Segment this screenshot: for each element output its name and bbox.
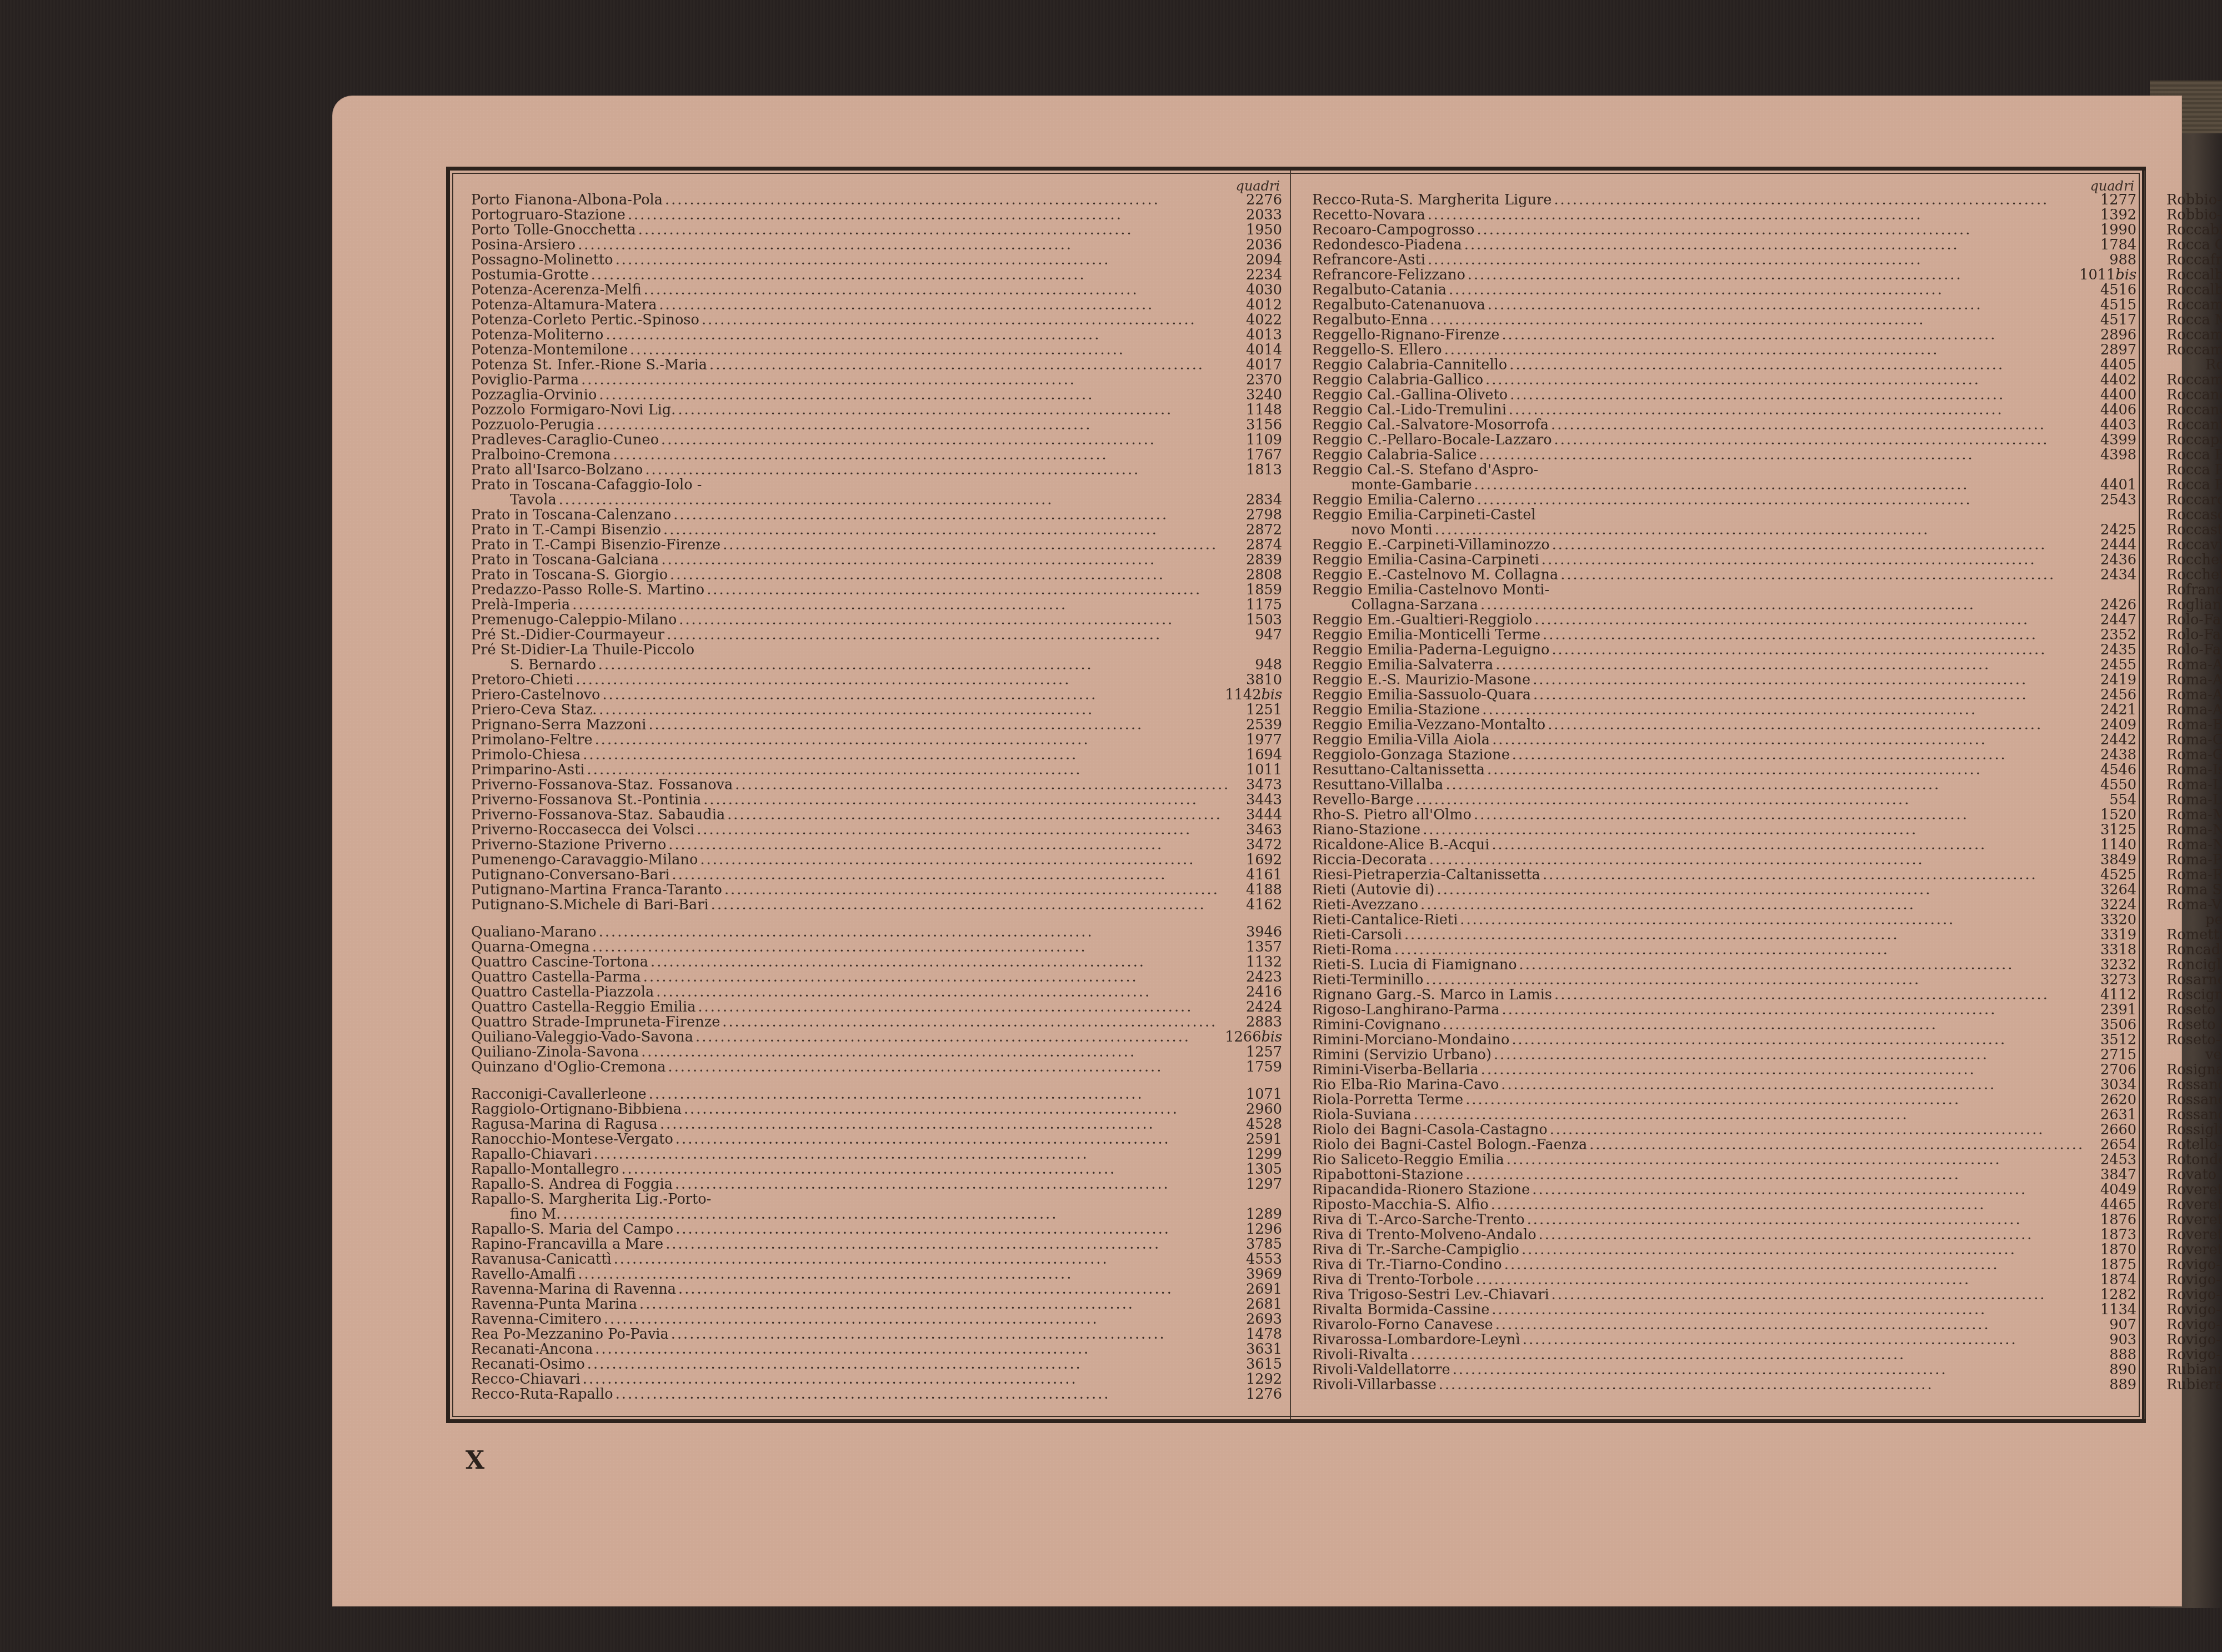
index-entry: Potenza-Montemilone4014 <box>471 343 1282 358</box>
dot-leader <box>597 388 1232 403</box>
table-number: 4399 <box>2086 433 2136 448</box>
table-number-value: 1692 <box>1246 852 1282 868</box>
table-number: 2434 <box>2086 568 2136 583</box>
route-name: Roma-Cesano di Roma <box>2166 733 2222 748</box>
dot-leader <box>677 613 1232 628</box>
dot-leader <box>720 1015 1232 1030</box>
column-header-quadri: quadri <box>471 179 1282 193</box>
index-entry: Recetto-Novara1392 <box>1312 208 2136 223</box>
route-name: Riola-Porretta Terme <box>1312 1093 1463 1108</box>
table-number: 2094 <box>1232 253 1282 268</box>
dot-leader <box>673 1177 1232 1192</box>
table-number: 1873 <box>2086 1228 2136 1243</box>
index-entry: Rio Saliceto-Reggio Emilia2453 <box>1312 1153 2136 1168</box>
column-header-quadri: quadri <box>2166 179 2222 193</box>
table-number: 2234 <box>1232 268 1282 283</box>
table-number-value: 2872 <box>1246 522 1282 538</box>
table-number: 1299 <box>1232 1147 1282 1162</box>
table-number: 2416 <box>1232 985 1282 1000</box>
index-entry: Potenza-Corleto Pertic.-Spinoso4022 <box>471 313 1282 328</box>
route-name: Resuttano-Villalba <box>1312 778 1443 793</box>
index-entry: Rovato Stazione-Rovato Città1766 <box>2166 1168 2222 1183</box>
table-number-value: 4405 <box>2100 357 2136 373</box>
route-name: Reggio Emilia-Monticelli Terme <box>1312 628 1540 643</box>
index-entry: Reggio E.-Carpineti-Villaminozzo2444 <box>1312 538 2136 553</box>
route-name: Roma-Nepi <box>2166 838 2222 853</box>
route-name: Prelà-Imperia <box>471 598 570 613</box>
route-name: S. Bernardo <box>510 658 596 673</box>
table-number-value: 907 <box>2109 1316 2136 1333</box>
index-entry: Putignano-Martina Franca-Taranto4188 <box>471 883 1282 898</box>
route-name: Reggio Calabria-Salice <box>1312 448 1477 463</box>
index-entry: Prato in Toscana-Cafaggio-Iolo - <box>471 478 1282 493</box>
table-number: 1140 <box>2086 838 2136 853</box>
index-entry: Roseto degli Abruzzi-Isola dal Gran Sass… <box>2166 1018 2222 1033</box>
route-name: Roccavignale-Savona <box>2166 538 2222 553</box>
table-number-value: 2033 <box>1246 207 1282 223</box>
dot-leader <box>1552 988 2086 1003</box>
route-name: Roma-Pratica-Torre Vaianica <box>2166 853 2222 868</box>
dot-leader <box>1489 1198 2086 1213</box>
table-number-value: 3443 <box>1246 792 1282 808</box>
index-entry: Reggio Calabria-Gallico4402 <box>1312 373 2136 388</box>
index-entry: Refrancore-Felizzano1011bis <box>1312 268 2136 283</box>
table-number: 3443 <box>1232 793 1282 808</box>
table-number-value: 3125 <box>2100 822 2136 838</box>
route-name: Ranocchio-Montese-Vergato <box>471 1132 673 1147</box>
dot-leader <box>642 283 1232 298</box>
route-name: Reggio Calabria-Gallico <box>1312 373 1483 388</box>
dot-leader <box>602 1312 1232 1327</box>
dot-leader <box>695 1000 1232 1015</box>
table-number: 1148 <box>1232 403 1282 418</box>
table-number: 4406 <box>2086 403 2136 418</box>
route-name: Pozzolo Formigaro-Novi Lig. <box>471 403 675 418</box>
route-name: Rigoso-Langhirano-Parma <box>1312 1003 1499 1018</box>
table-number: 2872 <box>1232 523 1282 538</box>
index-entry: Putignano-Conversano-Bari4161 <box>471 868 1282 883</box>
table-number: 3506 <box>2086 1018 2136 1033</box>
dot-leader <box>573 673 1232 688</box>
dot-leader <box>579 373 1232 388</box>
route-name: Priero-Ceva Staz. <box>471 703 597 718</box>
table-number: 2620 <box>2086 1093 2136 1108</box>
table-number-value: 1142 <box>1225 687 1261 703</box>
dot-leader <box>1558 568 2086 583</box>
route-name: Priverno-Fossanova-Staz. Fossanova <box>471 778 733 793</box>
table-number-value: 2455 <box>2100 657 2136 673</box>
index-entry: Priverno-Fossanova St.-Pontinia3443 <box>471 793 1282 808</box>
route-name: Robbio-Rosasco-Mortara <box>2166 208 2222 223</box>
index-entry: Rigoso-Langhirano-Parma2391 <box>1312 1003 2136 1018</box>
table-number-value: 3506 <box>2100 1017 2136 1033</box>
dot-leader <box>722 883 1232 898</box>
dot-leader <box>1537 1228 2086 1243</box>
index-entry: Possagno-Molinetto2094 <box>471 253 1282 268</box>
table-number-value: 2436 <box>2100 552 2136 568</box>
route-name: Qualiano-Marano <box>471 925 597 940</box>
index-entry: Rapallo-S. Margherita Lig.-Porto- <box>471 1192 1282 1207</box>
index-entry: Roma-Viterbo - Bolsena-Acqua- <box>2166 898 2222 913</box>
table-number-value: 4014 <box>1246 342 1282 358</box>
dot-leader <box>659 553 1232 568</box>
dot-leader <box>670 868 1233 883</box>
index-entry: Prato in Toscana-S. Giorgio2808 <box>471 568 1282 583</box>
index-entry: Rio Elba-Rio Marina-Cavo3034 <box>1312 1078 2136 1093</box>
table-number: 3224 <box>2086 898 2136 913</box>
table-number-value: 2681 <box>1246 1296 1282 1313</box>
table-number-value: 2654 <box>2100 1137 2136 1153</box>
table-number-value: 1784 <box>2100 237 2136 253</box>
table-number-value: 2660 <box>2100 1122 2136 1138</box>
dot-leader <box>1423 973 2086 988</box>
table-number-value: 2234 <box>1246 267 1282 283</box>
table-number: 1011 <box>1232 763 1282 778</box>
dot-leader <box>1437 1378 2086 1393</box>
route-name: Roma-Aquila <box>2166 673 2222 688</box>
table-number: 988 <box>2086 253 2136 268</box>
dot-leader <box>1463 1168 2086 1183</box>
index-entry: Reggio Emilia-Monticelli Terme2352 <box>1312 628 2136 643</box>
dot-leader <box>659 433 1232 448</box>
route-name: Rovereto-Ala-Avio <box>2166 1183 2222 1198</box>
dot-leader <box>619 1162 1232 1177</box>
dot-leader <box>673 1132 1232 1147</box>
dot-leader <box>1425 253 2086 268</box>
index-column-3: quadriRobbio-Confienza-Vercelli1386Robbi… <box>2145 171 2222 1419</box>
table-number-value: 4401 <box>2100 477 2136 493</box>
index-entry: Reggio Calabria-Salice4398 <box>1312 448 2136 463</box>
dot-leader <box>666 838 1232 853</box>
dot-leader <box>593 1342 1232 1357</box>
dot-leader <box>1465 268 2079 283</box>
dot-leader <box>560 1207 1232 1222</box>
table-number-value: 4398 <box>2100 447 2136 463</box>
dot-leader <box>1510 748 2086 763</box>
route-name: Putignano-S.Michele di Bari-Bari <box>471 898 709 913</box>
table-number: 3849 <box>2086 853 2136 868</box>
route-name: Riolo dei Bagni-Casola-Castagno <box>1312 1123 1547 1138</box>
dot-leader <box>590 940 1232 955</box>
index-entry: Rapallo-Chiavari1299 <box>471 1147 1282 1162</box>
table-number-value: 2276 <box>1246 192 1282 208</box>
index-entry: Rolo-Fabbrico-Cognento-Reggio E.2413 <box>2166 613 2222 628</box>
index-entry: Recanati-Ancona3631 <box>471 1342 1282 1357</box>
table-number-value: 3473 <box>1246 777 1282 793</box>
table-number-value: 3615 <box>1246 1356 1282 1373</box>
table-number: 903 <box>2086 1333 2136 1348</box>
dot-leader <box>596 658 1232 673</box>
route-name: Porto Fianona-Albona-Pola <box>471 193 663 208</box>
route-name: Regalbuto-Catenanuova <box>1312 298 1485 313</box>
route-name: Roseto degli Abruzzi-Isola dal Gran Sass… <box>2166 1018 2222 1033</box>
dot-leader <box>1485 763 2086 778</box>
index-entry: Reggio Cal.-S. Stefano d'Aspro- <box>1312 463 2136 478</box>
dot-leader <box>663 193 1232 208</box>
route-name: Rieti-S. Lucia di Fiamignano <box>1312 958 1517 973</box>
table-number-value: 3224 <box>2100 897 2136 913</box>
index-entry: Resuttano-Caltanissetta4546 <box>1312 763 2136 778</box>
route-name: Potenza-Moliterno <box>471 328 603 343</box>
dot-leader <box>733 778 1232 793</box>
dot-leader <box>1530 1183 2086 1198</box>
dot-leader <box>1540 868 2086 883</box>
table-number-value: 4406 <box>2100 402 2136 418</box>
index-entry: Roma-Nemi3484 <box>2166 823 2222 838</box>
route-name: Roccamonfina-Carano-Staz. Sessa <box>2166 343 2222 358</box>
index-entry: Roccamonfina-Carano-Staz. Sessa <box>2166 343 2222 358</box>
route-name: Quattro Cascine-Tortona <box>471 955 648 970</box>
index-entry: Resuttano-Villalba4550 <box>1312 778 2136 793</box>
route-name: Roma-Ladispoli-Cerveteri <box>2166 778 2222 793</box>
route-name: Reggio E.-Carpineti-Villaminozzo <box>1312 538 1549 553</box>
route-name: Priverno-Stazione Priverno <box>471 838 666 853</box>
index-entry: Roccalbegna-Manciano3108 <box>2166 268 2222 283</box>
route-name: Roscigno-Polla-Buccino <box>2166 988 2222 1003</box>
table-number: 4528 <box>1232 1117 1282 1132</box>
table-number-value: 2897 <box>2100 342 2136 358</box>
route-name: Rocchetta-S. Angelo Lombardi <box>2166 568 2222 583</box>
index-entry: Rocchetta Belbo-S. Stefano Belbo1058 <box>2166 553 2222 568</box>
dot-leader <box>1530 673 2086 688</box>
index-entry: Recoaro-Campogrosso1990 <box>1312 223 2136 238</box>
table-number: 3273 <box>2086 973 2136 988</box>
dot-leader <box>1408 1348 2086 1363</box>
dot-leader <box>1480 703 2086 718</box>
route-name: Raggiolo-Ortignano-Bibbiena <box>471 1102 682 1117</box>
table-number: 2631 <box>2086 1108 2136 1123</box>
dot-leader <box>557 493 1233 508</box>
route-name: Reggio Emilia-Stazione <box>1312 703 1480 718</box>
table-number-value: 2424 <box>1246 999 1282 1015</box>
table-number-value: 4400 <box>2100 387 2136 403</box>
index-entry: Quattro Strade-Impruneta-Firenze2883 <box>471 1015 1282 1030</box>
route-name: Reggio Em.-Gualtieri-Reggiolo <box>1312 613 1532 628</box>
index-entry: Rieti-Carsoli3319 <box>1312 928 2136 943</box>
index-entry: Rivarolo-Forno Canavese907 <box>1312 1318 2136 1333</box>
index-column-1: quadriPorto Fianona-Albona-Pola2276Porto… <box>450 171 1291 1419</box>
table-number: 2391 <box>2086 1003 2136 1018</box>
index-entry: Roma-Ardea3358 <box>2166 703 2222 718</box>
table-number: 1759 <box>1232 1060 1282 1075</box>
table-number-value: 2839 <box>1246 552 1282 568</box>
table-number: 1874 <box>2086 1273 2136 1288</box>
dot-leader <box>636 223 1232 238</box>
table-number: 1870 <box>2086 1243 2136 1258</box>
route-name: Pradleves-Caraglio-Cuneo <box>471 433 659 448</box>
route-name: Pré St-Didier-La Thuile-Piccolo <box>471 643 694 658</box>
table-number: 2539 <box>1232 718 1282 733</box>
route-name: Rimini (Servizio Urbano) <box>1312 1048 1492 1063</box>
table-number: 948 <box>1232 658 1282 673</box>
index-entry: Ravenna-Punta Marina2681 <box>471 1297 1282 1312</box>
index-entry: Regalbuto-Catania4516 <box>1312 283 2136 298</box>
route-name: Pozzuolo-Perugia <box>471 418 594 433</box>
index-entry: Pré St.-Didier-Courmayeur947 <box>471 628 1282 643</box>
dot-leader <box>1504 1153 2086 1168</box>
route-name: Roncade-S. Michele del Quarto <box>2166 943 2222 958</box>
index-entry: Reggio C.-Pellaro-Bocale-Lazzaro4399 <box>1312 433 2136 448</box>
index-entry: Riolo dei Bagni-Castel Bologn.-Faenza265… <box>1312 1138 2136 1153</box>
index-entry: Prato all'Isarco-Bolzano1813 <box>471 463 1282 478</box>
dot-leader <box>1549 1288 2086 1303</box>
index-entry: Roma-Acqua Bullicante-Tor Sapienza3072 <box>2166 658 2222 673</box>
dot-leader <box>597 925 1232 940</box>
table-number-value: 890 <box>2109 1361 2136 1378</box>
route-name: Riva Trigoso-Sestri Lev.-Chiavari <box>1312 1288 1549 1303</box>
route-name: Roseto-Valfortore-Biccari-Terti- <box>2166 1033 2222 1048</box>
table-number: 3034 <box>2086 1078 2136 1093</box>
dot-leader <box>1435 883 2087 898</box>
index-entry: Rieti-S. Lucia di Fiamignano3232 <box>1312 958 2136 973</box>
index-entry: Riola-Porretta Terme2620 <box>1312 1093 2136 1108</box>
table-number: 1990 <box>2086 223 2136 238</box>
table-number-value: 1071 <box>1246 1086 1282 1103</box>
dot-leader <box>1549 643 2086 658</box>
route-name: Quattro Castella-Parma <box>471 970 641 985</box>
index-entry: Reggio Emilia-Vezzano-Montalto2409 <box>1312 718 2136 733</box>
route-name: Riva di Trento-Torbole <box>1312 1273 1473 1288</box>
table-number-value: 2434 <box>2100 567 2136 583</box>
route-name: Prato in Toscana-Cafaggio-Iolo - <box>471 478 702 493</box>
table-number: 4012 <box>1232 298 1282 313</box>
route-name: Recanati-Ancona <box>471 1342 593 1357</box>
dot-leader <box>1477 448 2086 463</box>
route-name: Regalbuto-Enna <box>1312 313 1428 328</box>
dot-leader <box>1519 1243 2086 1258</box>
table-number: 947 <box>1232 628 1282 643</box>
dot-leader <box>1539 553 2086 568</box>
route-name: Rieti-Roma <box>1312 943 1392 958</box>
dot-leader <box>580 748 1232 763</box>
index-entry: Rivalta Bormida-Cassine1134 <box>1312 1303 2136 1318</box>
dot-leader <box>1485 298 2086 313</box>
index-entry: Riva Trigoso-Sestri Lev.-Chiavari1282 <box>1312 1288 2136 1303</box>
route-name: Roccalbegna-Monte Amiata <box>2166 283 2222 298</box>
route-name: Rosarno-S. Ferdinando di Rosarno <box>2166 973 2222 988</box>
table-number-value: 1305 <box>1246 1161 1282 1178</box>
table-number: 2798 <box>1232 508 1282 523</box>
index-entry: Reggio Emilia-Calerno2543 <box>1312 493 2136 508</box>
table-number: 4403 <box>2086 418 2136 433</box>
index-entry: Porto Tolle-Gnocchetta1950 <box>471 223 1282 238</box>
table-number-value: 3318 <box>2100 942 2136 958</box>
table-number: 2424 <box>1232 1000 1282 1015</box>
route-name: Reggio Cal.-Gallina-Oliveto <box>1312 388 1508 403</box>
table-number: 4017 <box>1232 358 1282 373</box>
route-name: Rivoli-Villarbasse <box>1312 1378 1437 1393</box>
index-entry: Predazzo-Passo Rolle-S. Martino1859 <box>471 583 1282 598</box>
table-number-value: 3232 <box>2100 957 2136 973</box>
route-name: Rocca Priora-Montecompatri <box>2166 478 2222 493</box>
index-entry: Recco-Ruta-S. Margherita Ligure1277 <box>1312 193 2136 208</box>
dot-leader <box>1509 1033 2086 1048</box>
dot-leader <box>669 1327 1232 1342</box>
route-name: Quiliano-Valeggio-Vado-Savona <box>471 1030 693 1045</box>
index-entry: Rea Po-Mezzanino Po-Pavia1478 <box>471 1327 1282 1342</box>
route-name: Rivarolo-Forno Canavese <box>1312 1318 1493 1333</box>
route-name: Roccamonfina <box>2205 358 2222 373</box>
route-name: Rieti (Autovie di) <box>1312 883 1434 898</box>
dot-leader <box>1473 1273 2086 1288</box>
table-number: 4188 <box>1232 883 1282 898</box>
index-entry: Roccapalumba-Stazione4629 <box>2166 433 2222 448</box>
route-name: Rotondella-Montalbano <box>2166 1153 2222 1168</box>
table-number: 4516 <box>2086 283 2136 298</box>
table-number-value: 3034 <box>2100 1077 2136 1093</box>
route-name: Rivoli-Valdellatorre <box>1312 1363 1450 1378</box>
dot-leader <box>1479 1063 2086 1078</box>
index-entry: Rubiera-Modena2466 <box>2166 1378 2222 1393</box>
route-name: Rossiglione-Tiglieto-Olba <box>2166 1123 2222 1138</box>
table-number: 3512 <box>2086 1033 2136 1048</box>
route-name: Rapallo-S. Maria del Campo <box>471 1222 673 1237</box>
index-entry: Rignano Garg.-S. Marco in Lamis4112 <box>1312 988 2136 1003</box>
index-entry: Rovereto-Brentonico1853 <box>2166 1213 2222 1228</box>
table-number-value: 2960 <box>1246 1101 1282 1118</box>
dot-leader <box>661 523 1232 538</box>
index-entry-continuation: Collagna-Sarzana2426 <box>1312 598 2136 613</box>
table-number-value: 3785 <box>1246 1236 1282 1253</box>
table-number-value: 1140 <box>2100 837 2136 853</box>
route-name: Rapallo-S. Margherita Lig.-Porto- <box>471 1192 711 1207</box>
dot-leader <box>1492 1048 2086 1063</box>
table-number: 3946 <box>1232 925 1282 940</box>
route-name: Posina-Arsiero <box>471 238 575 253</box>
route-name: Rolo-Fabbrico-Reggio Emilia <box>2166 643 2222 658</box>
route-name: Roccaromana-Pietramelara-Riardo <box>2166 493 2222 508</box>
index-entry: Potenza-Acerenza-Melfi4030 <box>471 283 1282 298</box>
table-number: 1289 <box>1232 1207 1282 1222</box>
index-entry: Rovereto-Ala-Avio1861 <box>2166 1183 2222 1198</box>
table-number-value: 2391 <box>2100 1002 2136 1018</box>
index-entry: Rovigo-Bagnoli di Sopra1963 <box>2166 1258 2222 1273</box>
route-name: Putignano-Conversano-Bari <box>471 868 670 883</box>
table-number-value: 2896 <box>2100 327 2136 343</box>
dot-leader <box>693 1030 1225 1045</box>
route-name: Rimini-Viserba-Bellaria <box>1312 1063 1479 1078</box>
route-name: Roccapalumba-Stazione <box>2166 433 2222 448</box>
dot-leader <box>1552 433 2086 448</box>
route-name: Reggio Cal.-Lido-Tremulini <box>1312 403 1507 418</box>
route-name: Rossano-Marina di S. Angelo <box>2166 1108 2222 1123</box>
dot-leader <box>1500 1003 2087 1018</box>
table-number: 2839 <box>1232 553 1282 568</box>
page-number: X <box>466 1446 484 1475</box>
route-name: Rovigo-Capitello-Villadose <box>2166 1273 2222 1288</box>
dot-leader <box>1540 628 2086 643</box>
route-name: Ragusa-Marina di Ragusa <box>471 1117 658 1132</box>
route-name: Roma-Nemi <box>2166 823 2222 838</box>
index-entry: Prelà-Imperia1175 <box>471 598 1282 613</box>
table-number: 1478 <box>1232 1327 1282 1342</box>
dot-leader <box>663 1237 1232 1252</box>
table-number: 888 <box>2086 1348 2136 1363</box>
route-name: Rosignano-Castiglioncello <box>2166 1063 2222 1078</box>
table-number-value: 3320 <box>2100 912 2136 928</box>
index-entry: Rossiglione-Tiglieto-Olba1210 <box>2166 1123 2222 1138</box>
index-entry: Roma-Ladispoli-Cerveteri3066 <box>2166 778 2222 793</box>
index-entry: Prato in Toscana-Calenzano2798 <box>471 508 1282 523</box>
table-number: 1296 <box>1232 1222 1282 1237</box>
dot-leader <box>639 1045 1232 1060</box>
route-name: Recco-Chiavari <box>471 1372 580 1387</box>
table-number: 1175 <box>1232 598 1282 613</box>
route-name: Rovigo-Grignano Polesine <box>2166 1318 2222 1333</box>
route-name: Prato all'Isarco-Bolzano <box>471 463 643 478</box>
index-entry: Reggio Emilia-Carpineti-Castel <box>1312 508 2136 523</box>
index-entry: Riccia-Decorata3849 <box>1312 853 2136 868</box>
